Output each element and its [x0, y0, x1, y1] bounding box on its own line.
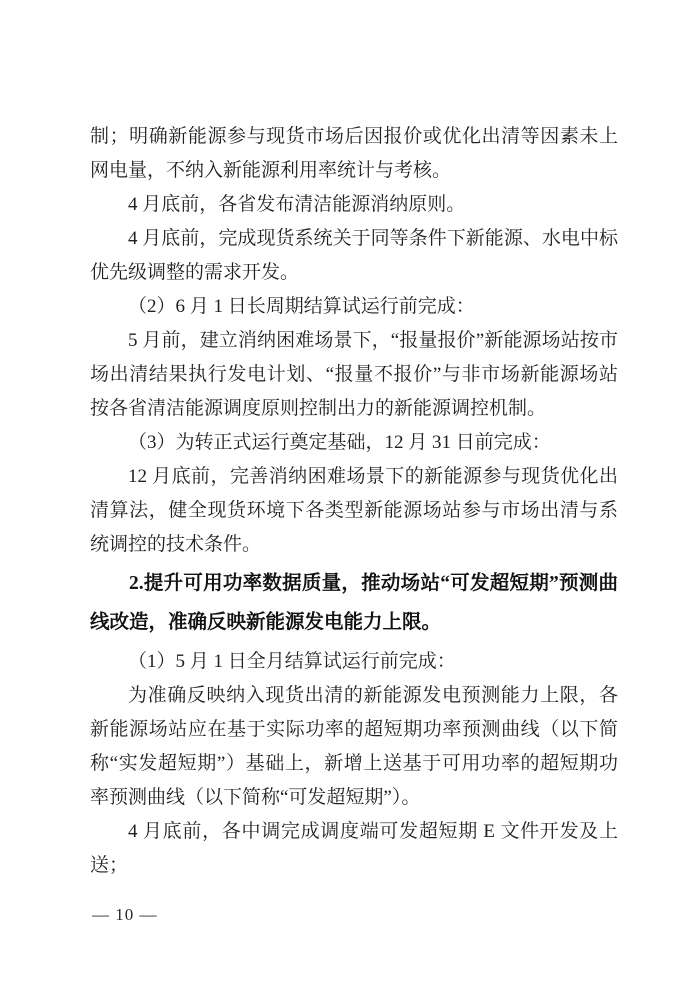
section-heading-2: 2.提升可用功率数据质量，推动场站“可发超短期”预测曲线改造，准确反映新能源发电… — [90, 564, 618, 642]
paragraph-may-control-mechanism: 5 月前，建立消纳困难场景下，“报量报价”新能源场站按市场出清结果执行发电计划、… — [90, 324, 618, 426]
paragraph-item-2-june-milestone: （2）6 月 1 日长周期结算试运行前完成： — [90, 290, 618, 324]
paragraph-december-algorithm: 12 月底前，完善消纳困难场景下的新能源参与现货优化出清算法，健全现货环境下各类… — [90, 460, 618, 562]
document-page: 制；明确新能源参与现货市场后因报价或优化出清等因素未上网电量，不纳入新能源利用率… — [0, 0, 700, 989]
page-number: — 10 — — [92, 905, 158, 924]
document-body: 制；明确新能源参与现货市场后因报价或优化出清等因素未上网电量，不纳入新能源利用率… — [90, 120, 618, 883]
paragraph-item-3-december-milestone: （3）为转正式运行奠定基础，12 月 31 日前完成： — [90, 426, 618, 460]
paragraph-item-1-may-milestone: （1）5 月 1 日全月结算试运行前完成： — [90, 645, 618, 679]
paragraph-continuation: 制；明确新能源参与现货市场后因报价或优化出清等因素未上网电量，不纳入新能源利用率… — [90, 120, 618, 188]
paragraph-april-spot-system-dev: 4 月底前，完成现货系统关于同等条件下新能源、水电中标优先级调整的需求开发。 — [90, 222, 618, 290]
page-footer: — 10 — — [92, 905, 158, 925]
paragraph-april-clean-energy-principles: 4 月底前，各省发布清洁能源消纳原则。 — [90, 188, 618, 222]
paragraph-april-e-file: 4 月底前，各中调完成调度端可发超短期 E 文件开发及上送； — [90, 815, 618, 883]
paragraph-forecast-curve-requirement: 为准确反映纳入现货出清的新能源发电预测能力上限，各新能源场站应在基于实际功率的超… — [90, 679, 618, 815]
